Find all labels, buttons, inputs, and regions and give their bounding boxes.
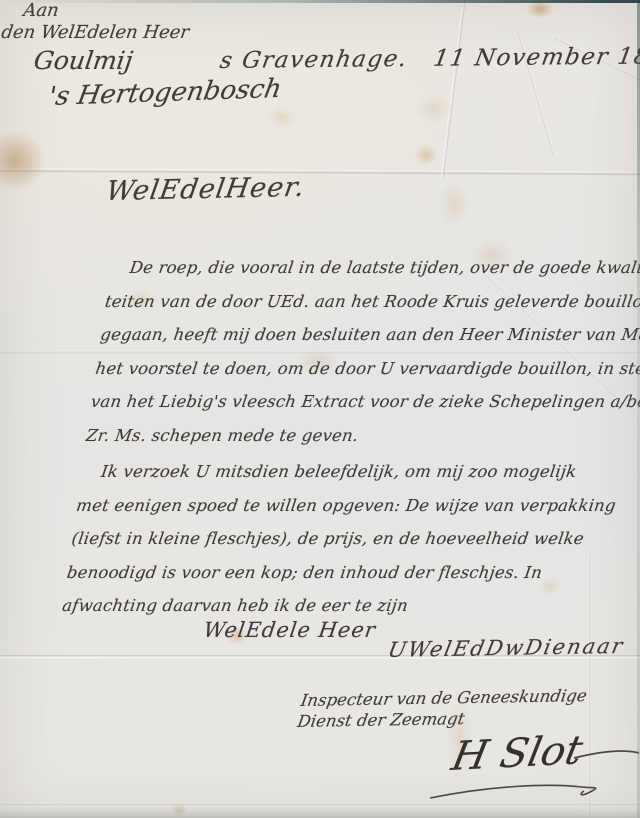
dateline-date: 11 November 1870 <box>432 43 640 72</box>
body-line: met eenigen spoed te willen opgeven: De … <box>74 489 635 523</box>
stain-spot <box>0 130 46 192</box>
body-line: benoodigd is voor een kop; den inhoud de… <box>65 556 626 590</box>
addressee-name: Goulmij <box>32 46 135 75</box>
dateline: s Gravenhage.11 November 1870 <box>218 43 640 74</box>
body-line: van het Liebig's vleesch Extract voor de… <box>89 385 640 419</box>
sender-role: Inspecteur van de Geneeskundige Dienst d… <box>296 685 588 732</box>
stain-spot <box>416 94 452 124</box>
address-line: den WelEdelen Heer <box>0 22 191 43</box>
address-line: Aan <box>22 0 60 21</box>
fold-crease <box>441 0 466 178</box>
salutation: WelEdelHeer. <box>104 172 307 207</box>
body-line: Zr. Ms. schepen mede te geven. <box>84 419 640 453</box>
addressee-city: 's Hertogenbosch <box>46 74 284 112</box>
fold-crease <box>0 168 640 175</box>
closing-valediction: UWelEdDwDienaar <box>386 634 626 662</box>
scan-edge-top <box>0 0 640 3</box>
stain-spot <box>438 180 470 228</box>
body-line: gegaan, heeft mij doen besluiten aan den… <box>98 318 640 352</box>
scan-edge-bottom <box>0 808 640 818</box>
scanned-letter: s Gravenhage.11 November 1870 WelEdelHee… <box>0 0 640 818</box>
signature-flourish <box>424 742 640 812</box>
sender-role-line: Dienst der Zeemagt <box>296 706 585 732</box>
letter-body: De roep, die vooral in de laatste tijden… <box>60 251 640 623</box>
body-line: (liefst in kleine fleschjes), de prijs, … <box>69 522 630 556</box>
stain-spot <box>414 144 438 166</box>
stain-spot <box>268 106 296 128</box>
dateline-place: s Gravenhage. <box>218 46 410 74</box>
body-line: De roep, die vooral in de laatste tijden… <box>108 251 640 285</box>
body-line: Ik verzoek U mitsdien beleefdelijk, om m… <box>79 455 640 489</box>
body-line: teiten van de door UEd. aan het Roode Kr… <box>103 285 640 319</box>
body-line: het voorstel te doen, om de door U verva… <box>93 352 640 386</box>
closing-salute: WelEdele Heer <box>202 618 378 642</box>
